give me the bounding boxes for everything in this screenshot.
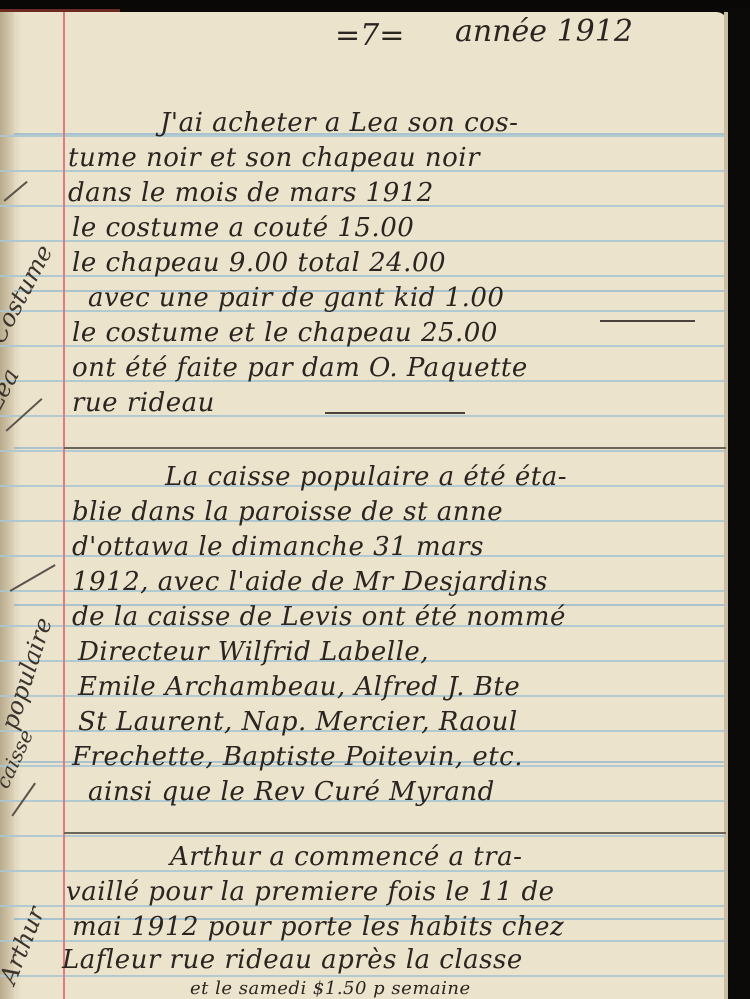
page-number: =7= bbox=[335, 18, 404, 53]
entry-line: St Laurent, Nap. Mercier, Raoul bbox=[78, 707, 518, 737]
entry-line: le costume a couté 15.00 bbox=[72, 213, 414, 243]
entry-line: J'ai acheter a Lea son cos- bbox=[160, 108, 518, 138]
entry-line: ainsi que le Rev Curé Myrand bbox=[88, 777, 495, 807]
entry-line: La caisse populaire a été éta- bbox=[165, 462, 567, 492]
line-end-dash bbox=[325, 412, 465, 414]
entry-line: le costume et le chapeau 25.00 bbox=[72, 318, 498, 348]
page-edge bbox=[724, 12, 728, 999]
sum-underline bbox=[600, 320, 695, 322]
entry-line: et le samedi $1.50 p semaine bbox=[190, 978, 471, 999]
entry-line: tume noir et son chapeau noir bbox=[68, 143, 480, 173]
entry-line: Arthur a commencé a tra- bbox=[170, 842, 522, 872]
entry-line: ont été faite par dam O. Paquette bbox=[72, 353, 528, 383]
entry-line: Lafleur rue rideau après la classe bbox=[62, 945, 523, 975]
year-heading: année 1912 bbox=[455, 14, 633, 49]
entry-line: d'ottawa le dimanche 31 mars bbox=[72, 532, 484, 562]
entry-line: de la caisse de Levis ont été nommé bbox=[72, 602, 566, 632]
entry-line: 1912, avec l'aide de Mr Desjardins bbox=[72, 567, 548, 597]
entry-line: Frechette, Baptiste Poitevin, etc. bbox=[72, 742, 523, 772]
entry-line: vaillé pour la premiere fois le 11 de bbox=[66, 877, 555, 907]
entry-line: le chapeau 9.00 total 24.00 bbox=[72, 248, 446, 278]
entry-separator bbox=[64, 832, 726, 834]
entry-line: Emile Archambeau, Alfred J. Bte bbox=[78, 672, 520, 702]
entry-line: mai 1912 pour porte les habits chez bbox=[72, 912, 564, 942]
scan-top-border bbox=[0, 0, 750, 9]
entry-line: Directeur Wilfrid Labelle, bbox=[78, 637, 429, 667]
entry-line: avec une pair de gant kid 1.00 bbox=[88, 283, 504, 313]
entry-line: dans le mois de mars 1912 bbox=[68, 178, 434, 208]
entry-separator bbox=[64, 447, 726, 449]
margin-line bbox=[63, 12, 65, 999]
entry-line: blie dans la paroisse de st anne bbox=[72, 497, 503, 527]
entry-line: rue rideau bbox=[72, 388, 215, 418]
